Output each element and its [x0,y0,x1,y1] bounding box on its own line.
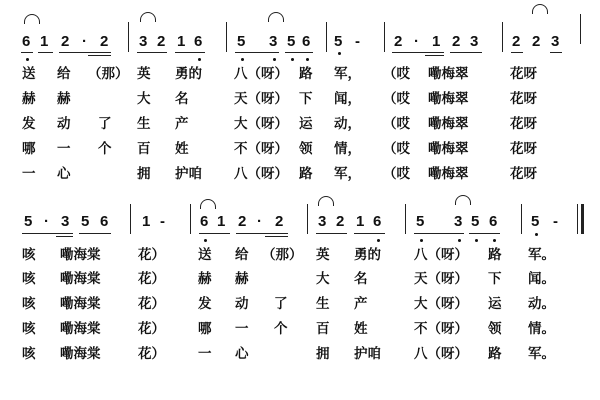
barline [128,22,129,52]
octave-dot [204,239,207,242]
note: 5 [24,214,32,230]
barline [580,14,581,44]
note: 2 [157,34,165,50]
octave-dot [535,233,538,236]
dash: - [355,34,360,50]
note: 2 [336,214,344,230]
octave-dot [475,239,478,242]
note: 1 [432,34,440,50]
note: 2 [100,34,108,50]
note: 2 [61,34,69,50]
dash: - [553,214,558,230]
note: 2 [512,34,520,50]
slur-mark [455,195,471,205]
octave-dot [273,58,276,61]
barline [226,22,227,52]
note: 3 [318,214,326,230]
octave-dot [198,58,201,61]
note: 1 [177,34,185,50]
note: 6 [302,34,310,50]
octave-dot [26,58,29,61]
barline [307,204,308,234]
note: 3 [61,214,69,230]
slur-mark [532,4,548,14]
octave-dot [338,52,341,55]
music-score: 6 1 2 · 2 3 2 1 6 5 3 5 6 5 - [0,0,600,400]
barline [405,204,406,234]
octave-dot [458,239,461,242]
note: 1 [142,214,150,230]
barline [521,204,522,234]
dash: - [160,214,165,230]
note: 5 [237,34,245,50]
dot-note: · [82,34,87,50]
note: 5 [416,214,424,230]
note: 2 [238,214,246,230]
note: 3 [551,34,559,50]
note: 6 [22,34,30,50]
dot-note: · [44,214,49,230]
octave-dot [420,239,423,242]
note: 6 [100,214,108,230]
barline [384,22,385,52]
barline [326,22,327,52]
note: 3 [454,214,462,230]
dot-note: · [414,34,419,50]
note: 5 [471,214,479,230]
octave-dot [306,58,309,61]
barline [130,204,131,234]
note: 6 [373,214,381,230]
note: 2 [452,34,460,50]
slur-mark [140,12,156,22]
note: 1 [356,214,364,230]
slur-mark [318,196,334,206]
note: 1 [217,214,225,230]
barline [502,22,503,52]
note: 3 [269,34,277,50]
final-barline [581,204,584,234]
dot-note: · [257,214,262,230]
final-barline [577,204,578,234]
note: 3 [470,34,478,50]
note: 6 [489,214,497,230]
slur-mark [200,199,216,209]
note: 2 [394,34,402,50]
slur-mark [268,12,284,22]
note: 3 [139,34,147,50]
note: 2 [532,34,540,50]
note: 5 [334,34,342,50]
note: 1 [40,34,48,50]
octave-dot [241,58,244,61]
slur-mark [24,14,40,24]
octave-dot [377,239,380,242]
note: 5 [531,214,539,230]
note: 2 [275,214,283,230]
octave-dot [291,58,294,61]
barline [190,204,191,234]
note: 5 [287,34,295,50]
note: 6 [194,34,202,50]
octave-dot [493,239,496,242]
note: 6 [200,214,208,230]
note: 5 [81,214,89,230]
